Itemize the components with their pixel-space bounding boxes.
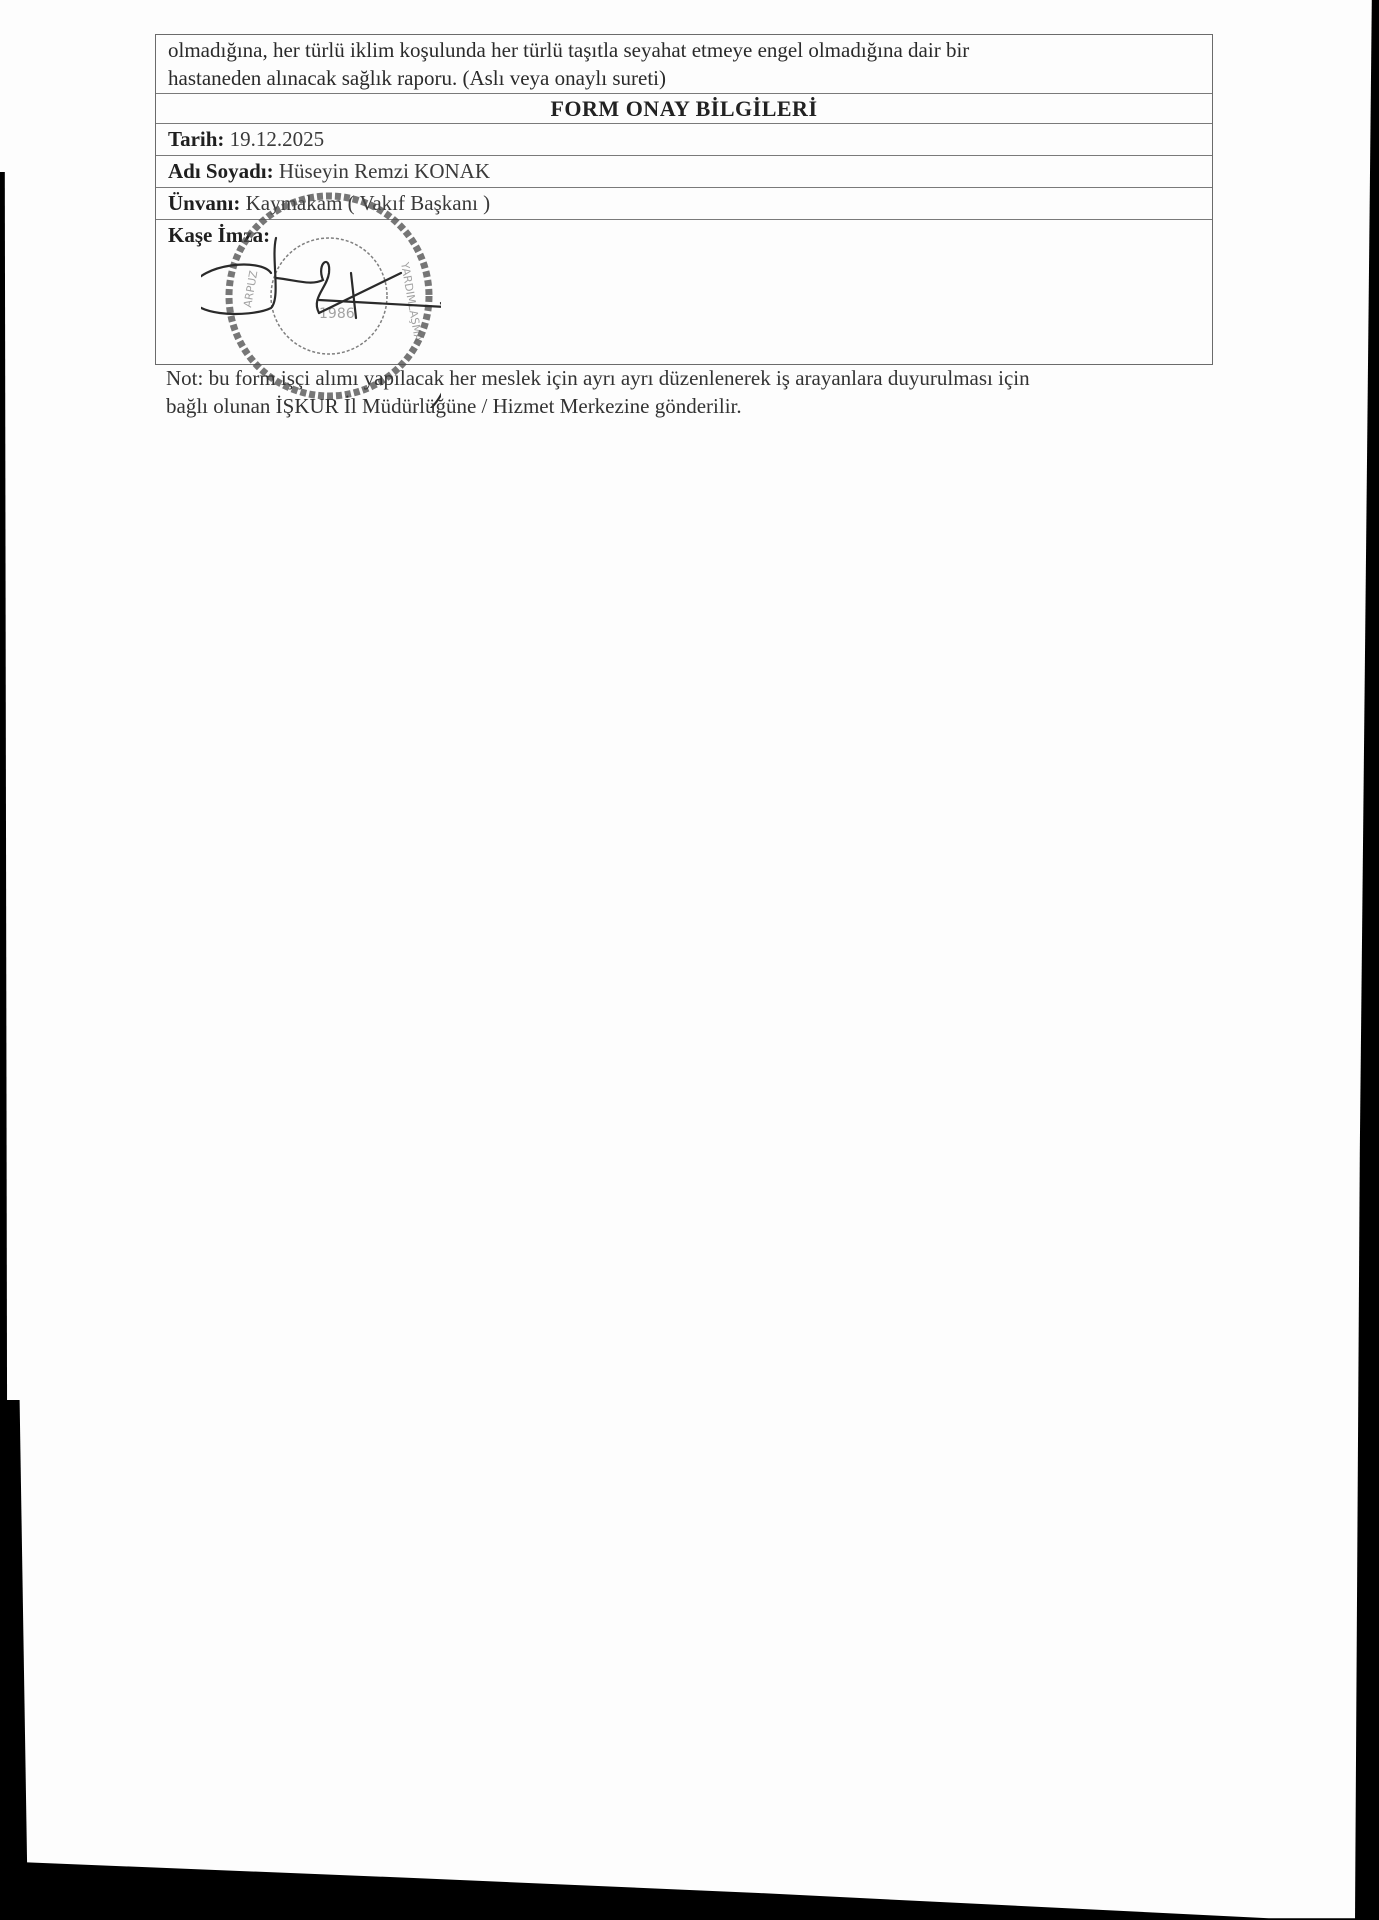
form-approval-table: olmadığına, her türlü iklim koşulunda he… [155, 34, 1213, 365]
svg-text:1986: 1986 [319, 306, 355, 322]
stamp-signature-label: Kaşe İmza: [168, 223, 270, 247]
title-value: Kaymakam ( Vakıf Başkanı ) [246, 191, 491, 215]
scan-border-left-lower [0, 1400, 28, 1920]
date-label: Tarih: [168, 127, 224, 151]
scan-border-bottom [0, 1860, 1379, 1920]
title-label: Ünvanı: [168, 191, 240, 215]
svg-text:YARDIMLAŞMA: YARDIMLAŞMA [398, 260, 425, 343]
svg-text:ARPUZ: ARPUZ [241, 269, 260, 308]
footer-note: Not: bu form işçi alımı yapılacak her me… [166, 364, 1226, 420]
note-line2: bağlı olunan İŞKUR İl Müdürlüğüne / Hizm… [166, 392, 1226, 420]
name-row: Adı Soyadı: Hüseyin Remzi KONAK [156, 156, 1212, 188]
requirement-row: olmadığına, her türlü iklim koşulunda he… [156, 35, 1212, 94]
name-label: Adı Soyadı: [168, 159, 274, 183]
date-row: Tarih: 19.12.2025 [156, 124, 1212, 156]
section-heading: FORM ONAY BİLGİLERİ [156, 94, 1212, 124]
requirement-text-line2: hastaneden alınacak sağlık raporu. (Aslı… [168, 64, 1200, 92]
scan-border-right [1355, 0, 1379, 1920]
title-row: Ünvanı: Kaymakam ( Vakıf Başkanı ) [156, 188, 1212, 220]
date-value: 19.12.2025 [230, 127, 325, 151]
note-line1: Not: bu form işçi alımı yapılacak her me… [166, 364, 1226, 392]
name-value: Hüseyin Remzi KONAK [279, 159, 490, 183]
stamp-signature-row: Kaşe İmza: ARPUZ YARDIMLAŞMA 1986 [156, 220, 1212, 364]
requirement-text-line1: olmadığına, her türlü iklim koşulunda he… [168, 36, 1200, 64]
